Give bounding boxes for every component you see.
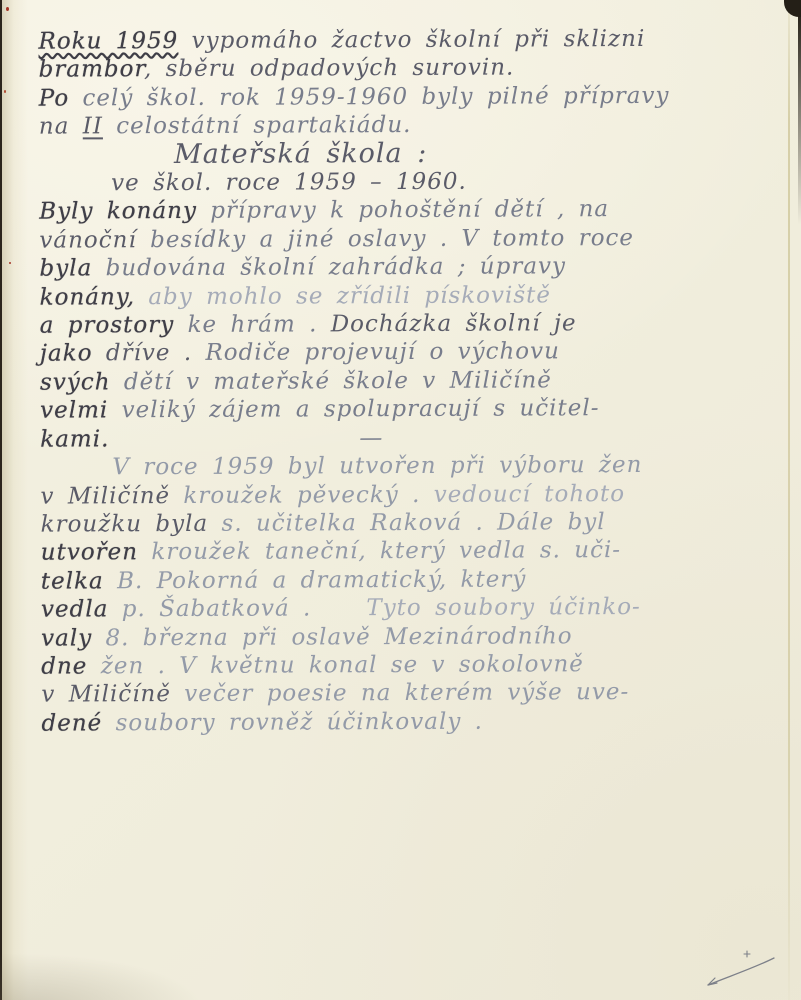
handwriting-segment: budována školní zahrádka ; úpravy bbox=[92, 254, 566, 282]
handwriting-segment: žen . V květnu konal se v sokolovně bbox=[87, 651, 584, 679]
handwriting-segment: kami. bbox=[40, 426, 109, 452]
red-speck bbox=[9, 262, 11, 264]
handwriting-segment: dětí v mateřské škole v Miličíně bbox=[110, 367, 551, 395]
handwriting-segment: na bbox=[39, 114, 83, 140]
handwriting-line: Mateřská škola : bbox=[39, 138, 772, 170]
handwriting-segment: vánoční bbox=[39, 227, 137, 253]
page-edge-line bbox=[788, 0, 790, 1000]
handwriting-segment: dené bbox=[41, 710, 102, 736]
pen-mark-icon bbox=[698, 948, 780, 994]
paper-page: Roku 1959 vypomáho žactvo školní při skl… bbox=[0, 0, 801, 1000]
handwriting-segment: celostátní spartakiádu. bbox=[103, 112, 412, 139]
handwriting-line: konány, aby mohlo se zřídili pískoviště bbox=[40, 280, 773, 312]
handwriting-segment: 8. března při oslavě Mezinárodního bbox=[92, 623, 573, 651]
handwriting-line: jako dříve . Rodiče projevují o výchovu bbox=[40, 337, 773, 369]
handwriting-line: ve škol. roce 1959 – 1960. bbox=[39, 166, 772, 198]
handwriting-segment: kroužek pěvecký . bbox=[170, 481, 434, 508]
handwriting-segment: vypomáho žactvo školní při sklizni bbox=[178, 26, 645, 54]
handwriting-segment: Byly konány bbox=[39, 198, 197, 225]
handwriting-line: byla budována školní zahrádka ; úpravy bbox=[39, 252, 772, 284]
handwriting-segment: B. Pokorná a dramatický, který bbox=[104, 566, 527, 594]
handwriting-segment: Tyto soubory účinko- bbox=[366, 593, 641, 623]
handwriting-segment: konány, bbox=[40, 284, 135, 310]
photo-left-edge bbox=[0, 0, 2, 1000]
handwriting-segment: s. učitelka Raková . Dále byl bbox=[208, 509, 606, 537]
handwriting-line: vedla p. Šabatková .Tyto soubory účinko- bbox=[41, 593, 774, 625]
handwriting-segment: jako bbox=[40, 341, 93, 367]
handwriting-segment: a prostory bbox=[40, 312, 175, 339]
red-speck bbox=[6, 7, 9, 11]
handwriting-segment: ve škol. roce 1959 – 1960. bbox=[111, 169, 467, 197]
handwriting-segment: ke hrám . bbox=[174, 311, 331, 338]
handwriting-line: dené soubory rovněž účinkovaly . bbox=[41, 706, 774, 738]
handwriting-segment: vedoucí tohoto bbox=[434, 481, 626, 508]
handwriting-segment: Docházka školní je bbox=[331, 310, 577, 337]
handwriting-line: Roku 1959 vypomáho žactvo školní při skl… bbox=[38, 24, 771, 56]
handwriting-line: Byly konány přípravy k pohoštění dětí , … bbox=[39, 195, 772, 227]
handwriting-segment: kroužek taneční, který vedla s. uči- bbox=[138, 537, 621, 565]
handwriting-line: kroužku byla s. učitelka Raková . Dále b… bbox=[41, 507, 774, 539]
handwriting-segment: , sběru odpadových surovin. bbox=[144, 55, 515, 83]
binding-edge bbox=[2, 0, 28, 1000]
handwriting-segment: Rodiče projevují o výchovu bbox=[205, 339, 560, 367]
handwriting-segment: dříve . bbox=[92, 340, 205, 366]
handwriting-line: V roce 1959 byl utvořen při výboru žen bbox=[40, 450, 773, 482]
handwriting-segment: Roku 1959 bbox=[38, 28, 178, 55]
handwriting-line: dne žen . V květnu konal se v sokolovně bbox=[41, 649, 774, 681]
handwriting-segment: byla bbox=[39, 256, 92, 282]
handwriting-segment: veliký zájem a spolupracují s učitel- bbox=[108, 395, 599, 423]
handwriting-line: a prostory ke hrám . Docházka školní je bbox=[40, 308, 773, 340]
handwriting-segment: velmi bbox=[40, 398, 108, 424]
handwriting-segment: v Miličíně bbox=[40, 483, 170, 510]
handwriting-segment: utvořen bbox=[41, 539, 138, 565]
handwriting-segment: soubory rovněž účinkovaly . bbox=[102, 708, 483, 736]
handwriting-segment: večer poesie na kterém výše uve- bbox=[171, 679, 629, 707]
handwriting-segment: besídky a jiné oslavy . V tomto roce bbox=[137, 225, 634, 253]
handwriting-segment: V roce 1959 byl utvořen při výboru žen bbox=[112, 452, 642, 480]
red-speck bbox=[4, 90, 6, 93]
handwriting-segment: p. Šabatková . bbox=[108, 596, 311, 623]
handwriting-segment: v Miličíně bbox=[41, 681, 171, 708]
handwriting-line: telka B. Pokorná a dramatický, který bbox=[41, 564, 774, 596]
handwriting-line: svých dětí v mateřské škole v Miličíně bbox=[40, 365, 773, 397]
page-curl-shadow bbox=[0, 940, 260, 1000]
handwriting-segment: valy bbox=[41, 625, 92, 651]
handwriting-segment: Po bbox=[39, 85, 70, 111]
handwriting-segment: celý škol. rok 1959-1960 byly pilné příp… bbox=[69, 83, 669, 112]
handwriting-segment: kroužku byla bbox=[41, 511, 209, 538]
handwriting-line: v Miličíně večer poesie na kterém výše u… bbox=[41, 678, 774, 710]
handwriting-segment: aby mohlo se zřídili pískoviště bbox=[135, 282, 551, 310]
handwriting-line: Po celý škol. rok 1959-1960 byly pilné p… bbox=[39, 81, 772, 113]
handwriting-line: valy 8. března při oslavě Mezinárodního bbox=[41, 621, 774, 653]
handwriting-segment: — bbox=[359, 424, 383, 453]
handwriting-line: na II celostátní spartakiádu. bbox=[39, 110, 772, 142]
handwriting-segment: dne bbox=[41, 653, 87, 679]
handwriting-segment: II bbox=[83, 114, 103, 140]
handwriting-line: vánoční besídky a jiné oslavy . V tomto … bbox=[39, 223, 772, 255]
handwriting-segment: Mateřská škola : bbox=[174, 138, 427, 170]
handwriting-segment: svých bbox=[40, 369, 111, 395]
handwriting-line: brambor, sběru odpadových surovin. bbox=[39, 53, 772, 85]
handwriting-segment: brambor bbox=[39, 57, 144, 83]
handwriting-segment: telka bbox=[41, 568, 104, 594]
handwriting-segment: vedla bbox=[41, 596, 109, 622]
handwriting-line: velmi veliký zájem a spolupracují s učit… bbox=[40, 394, 773, 426]
handwriting-line: kami.— bbox=[40, 422, 773, 454]
handwriting-line: utvořen kroužek taneční, který vedla s. … bbox=[41, 536, 774, 568]
handwriting-line: v Miličíně kroužek pěvecký . vedoucí toh… bbox=[40, 479, 773, 511]
handwriting: Roku 1959 vypomáho žactvo školní při skl… bbox=[38, 24, 774, 737]
handwriting-segment: přípravy k pohoštění dětí , na bbox=[197, 197, 609, 225]
